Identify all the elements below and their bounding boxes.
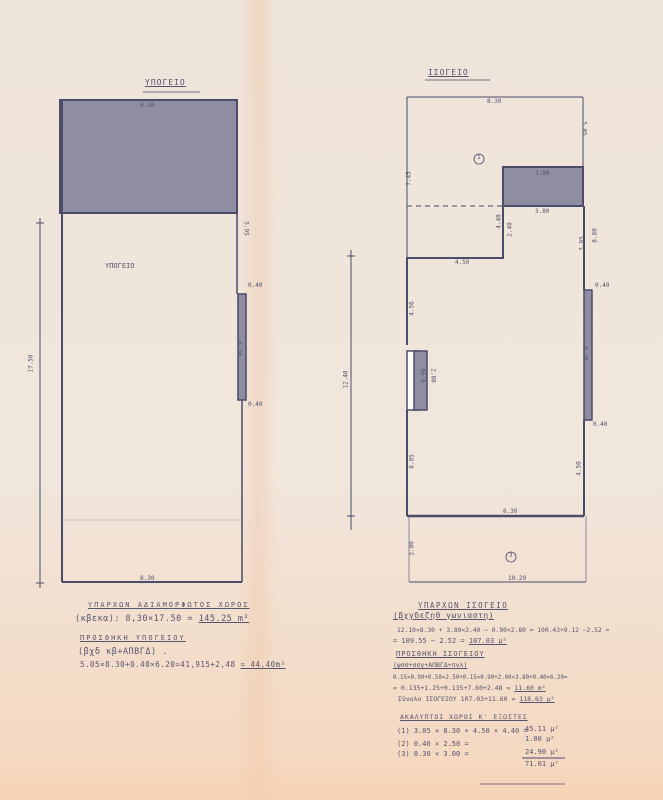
dim-ground-right-lower: 4.50	[576, 461, 583, 475]
dim-basement-wall-len: 6.20	[236, 341, 243, 355]
dim-ground-bottom: 8.30	[503, 508, 517, 515]
open-space-item-2: (2) 0.40 × 2.50 =	[397, 740, 469, 748]
dim-ground-left-top: 7.45	[406, 171, 413, 185]
dim-notch-height: 2.80	[430, 368, 437, 382]
dim-ground-left-lower: 8.05	[409, 454, 416, 468]
dim-annex-top: 3.80	[535, 170, 549, 177]
dim-ground-left-mid: 4.56	[409, 301, 416, 315]
open-space-item-3: (3) 8.30 × 3.00 =	[397, 750, 469, 758]
dim-rear-yard-depth: 3.00	[409, 541, 416, 555]
basement-note-line2: (βχδ κβ+ΑΠΒΓΔ) .	[78, 647, 168, 657]
ground-note-heading1: ΥΠΑΡΧΩΝ ΙΣΟΓΕΙΟ	[418, 601, 508, 610]
dim-notch-width: 0.90	[421, 368, 428, 382]
dim-ground-top: 8.30	[487, 98, 501, 105]
dim-ground-right-top: 5.05	[581, 121, 588, 135]
basement-note-line3: 5.05×8.30+0.40×6.20=41,915+2,48 = 44.40m…	[80, 660, 286, 669]
basement-room-label: ΥΠΟΓΕΙΟ	[105, 262, 135, 270]
ground-note-heading2: ΠΡΟΣΘΗΚΗ ΙΣΟΓΕΙΟΥ	[396, 650, 485, 658]
open-space-val-3: 24.90 μ²	[525, 748, 559, 756]
mark-1: 1	[477, 154, 481, 161]
basement-note-line1: (κβεκα): 8,30×17.50 = 145.25 m²	[75, 614, 249, 624]
dim-step-horizontal: 4.50	[455, 259, 469, 266]
dim-rear-yard-width: 10.20	[508, 575, 526, 582]
open-space-val-2: 1.00 μ²	[525, 735, 555, 743]
basement-shaded-area	[60, 100, 237, 213]
ground-note-sub2: (ψσσ+σσγ+ΑΠΒΓΔ+πνλ)	[393, 661, 467, 669]
open-space-val-1: 45.11 μ²	[525, 725, 559, 733]
open-space-sum: 71.01 μ²	[525, 760, 559, 768]
ground-title: ΙΣΟΓΕΙΟ	[428, 68, 469, 77]
ground-note-line3: 0.15×0.90+0.50×2.50+0.15×0.90+2.00×3.80+…	[393, 675, 568, 681]
ground-note-line1: 12.10×8.30 + 3.80×2.40 − 0.90×2.80 = 100…	[397, 627, 609, 634]
ground-note-line4: = 0.135+1.25+0.135+7.60+2.48 = 11.60 m²	[393, 684, 546, 692]
dim-ground-wall-len: 6.20	[582, 346, 589, 360]
mark-3: 3	[509, 552, 513, 559]
dim-basement-wall-bottom: 0.40	[248, 401, 262, 408]
dim-basement-top: 8.30	[140, 102, 154, 109]
dim-step-inner: 2.40	[507, 222, 514, 236]
dim-ground-overall: 12.40	[343, 370, 350, 388]
dim-basement-bottom: 8.30	[140, 575, 154, 582]
dim-annex-bottom: 3.80	[535, 208, 549, 215]
dim-ground-right-mid: 3.85	[579, 236, 586, 250]
ground-note-heading3: ΑΚΑΛΥΠΤΟΙ ΧΩΡΟΙ Κ' ΕΞΩΣΤΕΣ	[400, 713, 528, 721]
dim-ground-wall-top: 0.40	[595, 282, 609, 289]
ground-note-line2: = 109.55 − 2.52 = 107.03 μ²	[393, 637, 507, 645]
dim-basement-right-mid: 5.95	[243, 221, 250, 235]
basement-note-heading2: ΠΡΟΣΘΗΚΗ ΥΠΟΓΕΙΟΥ	[80, 634, 186, 642]
dim-ground-right-outer: 8.80	[592, 228, 599, 242]
basement-title: ΥΠΟΓΕΙΟ	[145, 78, 186, 87]
dim-basement-total: 17.50	[28, 354, 35, 372]
ground-note-total: Σύνολο ΙΣΟΓΕΙΟΥ 107.03+11.60 = 118.63 μ²	[398, 695, 555, 703]
ground-note-sub1: (βχγδεζηθ γωνιαστη)	[393, 611, 494, 620]
dim-basement-wall-top: 0.40	[248, 282, 262, 289]
dim-ground-wall-bottom: 0.40	[593, 421, 607, 428]
basement-note-heading1: ΥΠΑΡΧΩΝ ΑΔΙΑΜΟΡΦΩΤΟΣ ΧΩΡΟΣ	[88, 601, 250, 609]
dim-step-vertical: 4.40	[496, 214, 503, 228]
open-space-item-1: (1) 3.05 × 8.30 + 4.50 × 4.40 =	[397, 727, 528, 735]
